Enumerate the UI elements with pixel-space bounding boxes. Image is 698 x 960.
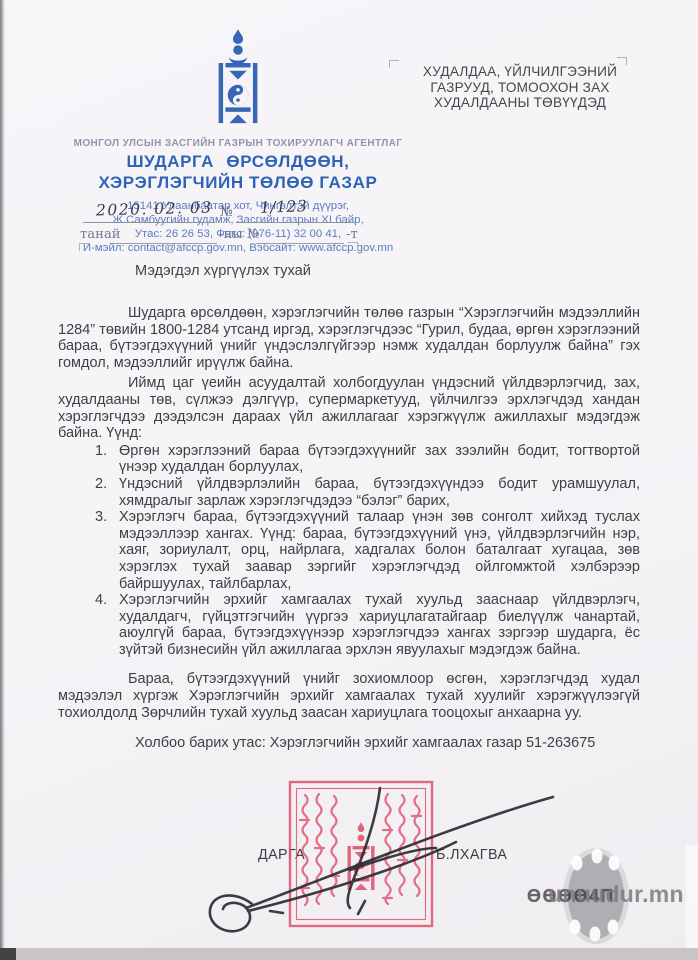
list-number: 2. [95,476,119,509]
contact-line: Холбоо барих утас: Хэрэглэгчийн эрхийг х… [135,735,640,752]
paragraph-1: Шударга өрсөлдөөн, хэрэглэгчийн төлөө га… [58,305,640,371]
recipient-line3: ХУДАЛДААНЫ ТӨВҮҮДЭД [406,95,634,111]
list-text: Хэрэглэгчийн эрхийг хамгаалах тухай хуул… [119,592,640,658]
list-text: Хэрэглэгч бараа, бүтээгдэхүүний талаар ү… [119,509,640,592]
list-text: Үндэсний үйлдвэрлэлийн бараа, бүтээгдэхү… [119,476,640,509]
recipient-line2: ГАЗРУУД, ТОМООХОН ЗАХ [406,80,634,96]
scan-corner-shadow [0,948,16,960]
list-item: 3. Хэрэглэгч бараа, бүтээгдэхүүний талаа… [58,509,640,592]
corner-mark [617,57,627,65]
list-item: 4. Хэрэглэгчийн эрхийг хамгаалах тухай х… [58,592,640,658]
list-number: 1. [95,443,119,476]
list-item: 2. Үндэсний үйлдвэрлэлийн бараа, бүтээгд… [58,476,640,509]
list-item: 1. Өргөн хэрэглээний бараа бүтээгдэхүүни… [58,443,640,476]
corner-mark [389,60,399,68]
letter-body: Шударга өрсөлдөөн, хэрэглэгчийн төлөө га… [58,305,640,752]
corner-mark [79,243,89,251]
number-underline [236,221,356,223]
scan-edge-right [686,845,698,948]
address-line4: И-мэйл: contact@afccp.gov.mn, Вэбсайт: w… [52,241,424,255]
agency-name: ШУДАРГА ӨРСӨЛДӨӨН, ХЭРЭГЛЭГЧИЙН ТӨЛӨӨ ГА… [52,152,424,193]
paragraph-closing: Бараа, бүтээгдэхүүний үнийг зохиомлоор ө… [58,671,640,721]
number-sign: № [220,204,233,220]
your-ref-prefix: танай [80,227,121,242]
your-ref-blank1 [111,242,217,244]
scan-edge-bottom [0,948,698,960]
your-ref-middle: -ны № [219,227,259,242]
your-ref-blank2 [256,242,344,244]
scan-edge-left [0,0,5,948]
scanned-letter-page: МОНГОЛ УЛСЫН ЗАСГИЙН ГАЗРЫН ТОХИРУУЛАГЧ … [0,0,698,960]
date-underline [83,221,215,223]
handwritten-doc-number: 1/123 [260,197,308,217]
recipient-line1: ХУДАЛДАА, ҮЙЛЧИЛГЭЭНИЙ [406,64,634,80]
list-text: Өргөн хэрэглээний бараа бүтээгдэхүүнийг … [119,443,640,476]
watermark-site-label: unuudur.mn [548,881,684,908]
subject-line: Мэдэгдэл хүргүүлэх тухай [135,263,311,279]
soyombo-logo-icon [207,28,269,129]
corner-mark [348,242,358,250]
pen-signature [190,778,562,944]
list-number: 4. [95,592,119,658]
your-ref-suffix: -т [346,227,358,242]
agency-parent-line: МОНГОЛ УЛСЫН ЗАСГИЙН ГАЗРЫН ТОХИРУУЛАГЧ … [52,138,424,149]
handwritten-date: 2020. 02. 03 [96,198,213,219]
recipient-block: ХУДАЛДАА, ҮЙЛЧИЛГЭЭНИЙ ГАЗРУУД, ТОМООХОН… [406,64,634,111]
list-number: 3. [95,509,119,592]
paragraph-2: Иймд цаг үеийн асуудалтай холбогдуулан ү… [58,375,640,441]
agency-name-line2: ХЭРЭГЛЭГЧИЙН ТӨЛӨӨ ГАЗАР [52,173,424,194]
agency-name-line1: ШУДАРГА ӨРСӨЛДӨӨН, [52,152,424,173]
